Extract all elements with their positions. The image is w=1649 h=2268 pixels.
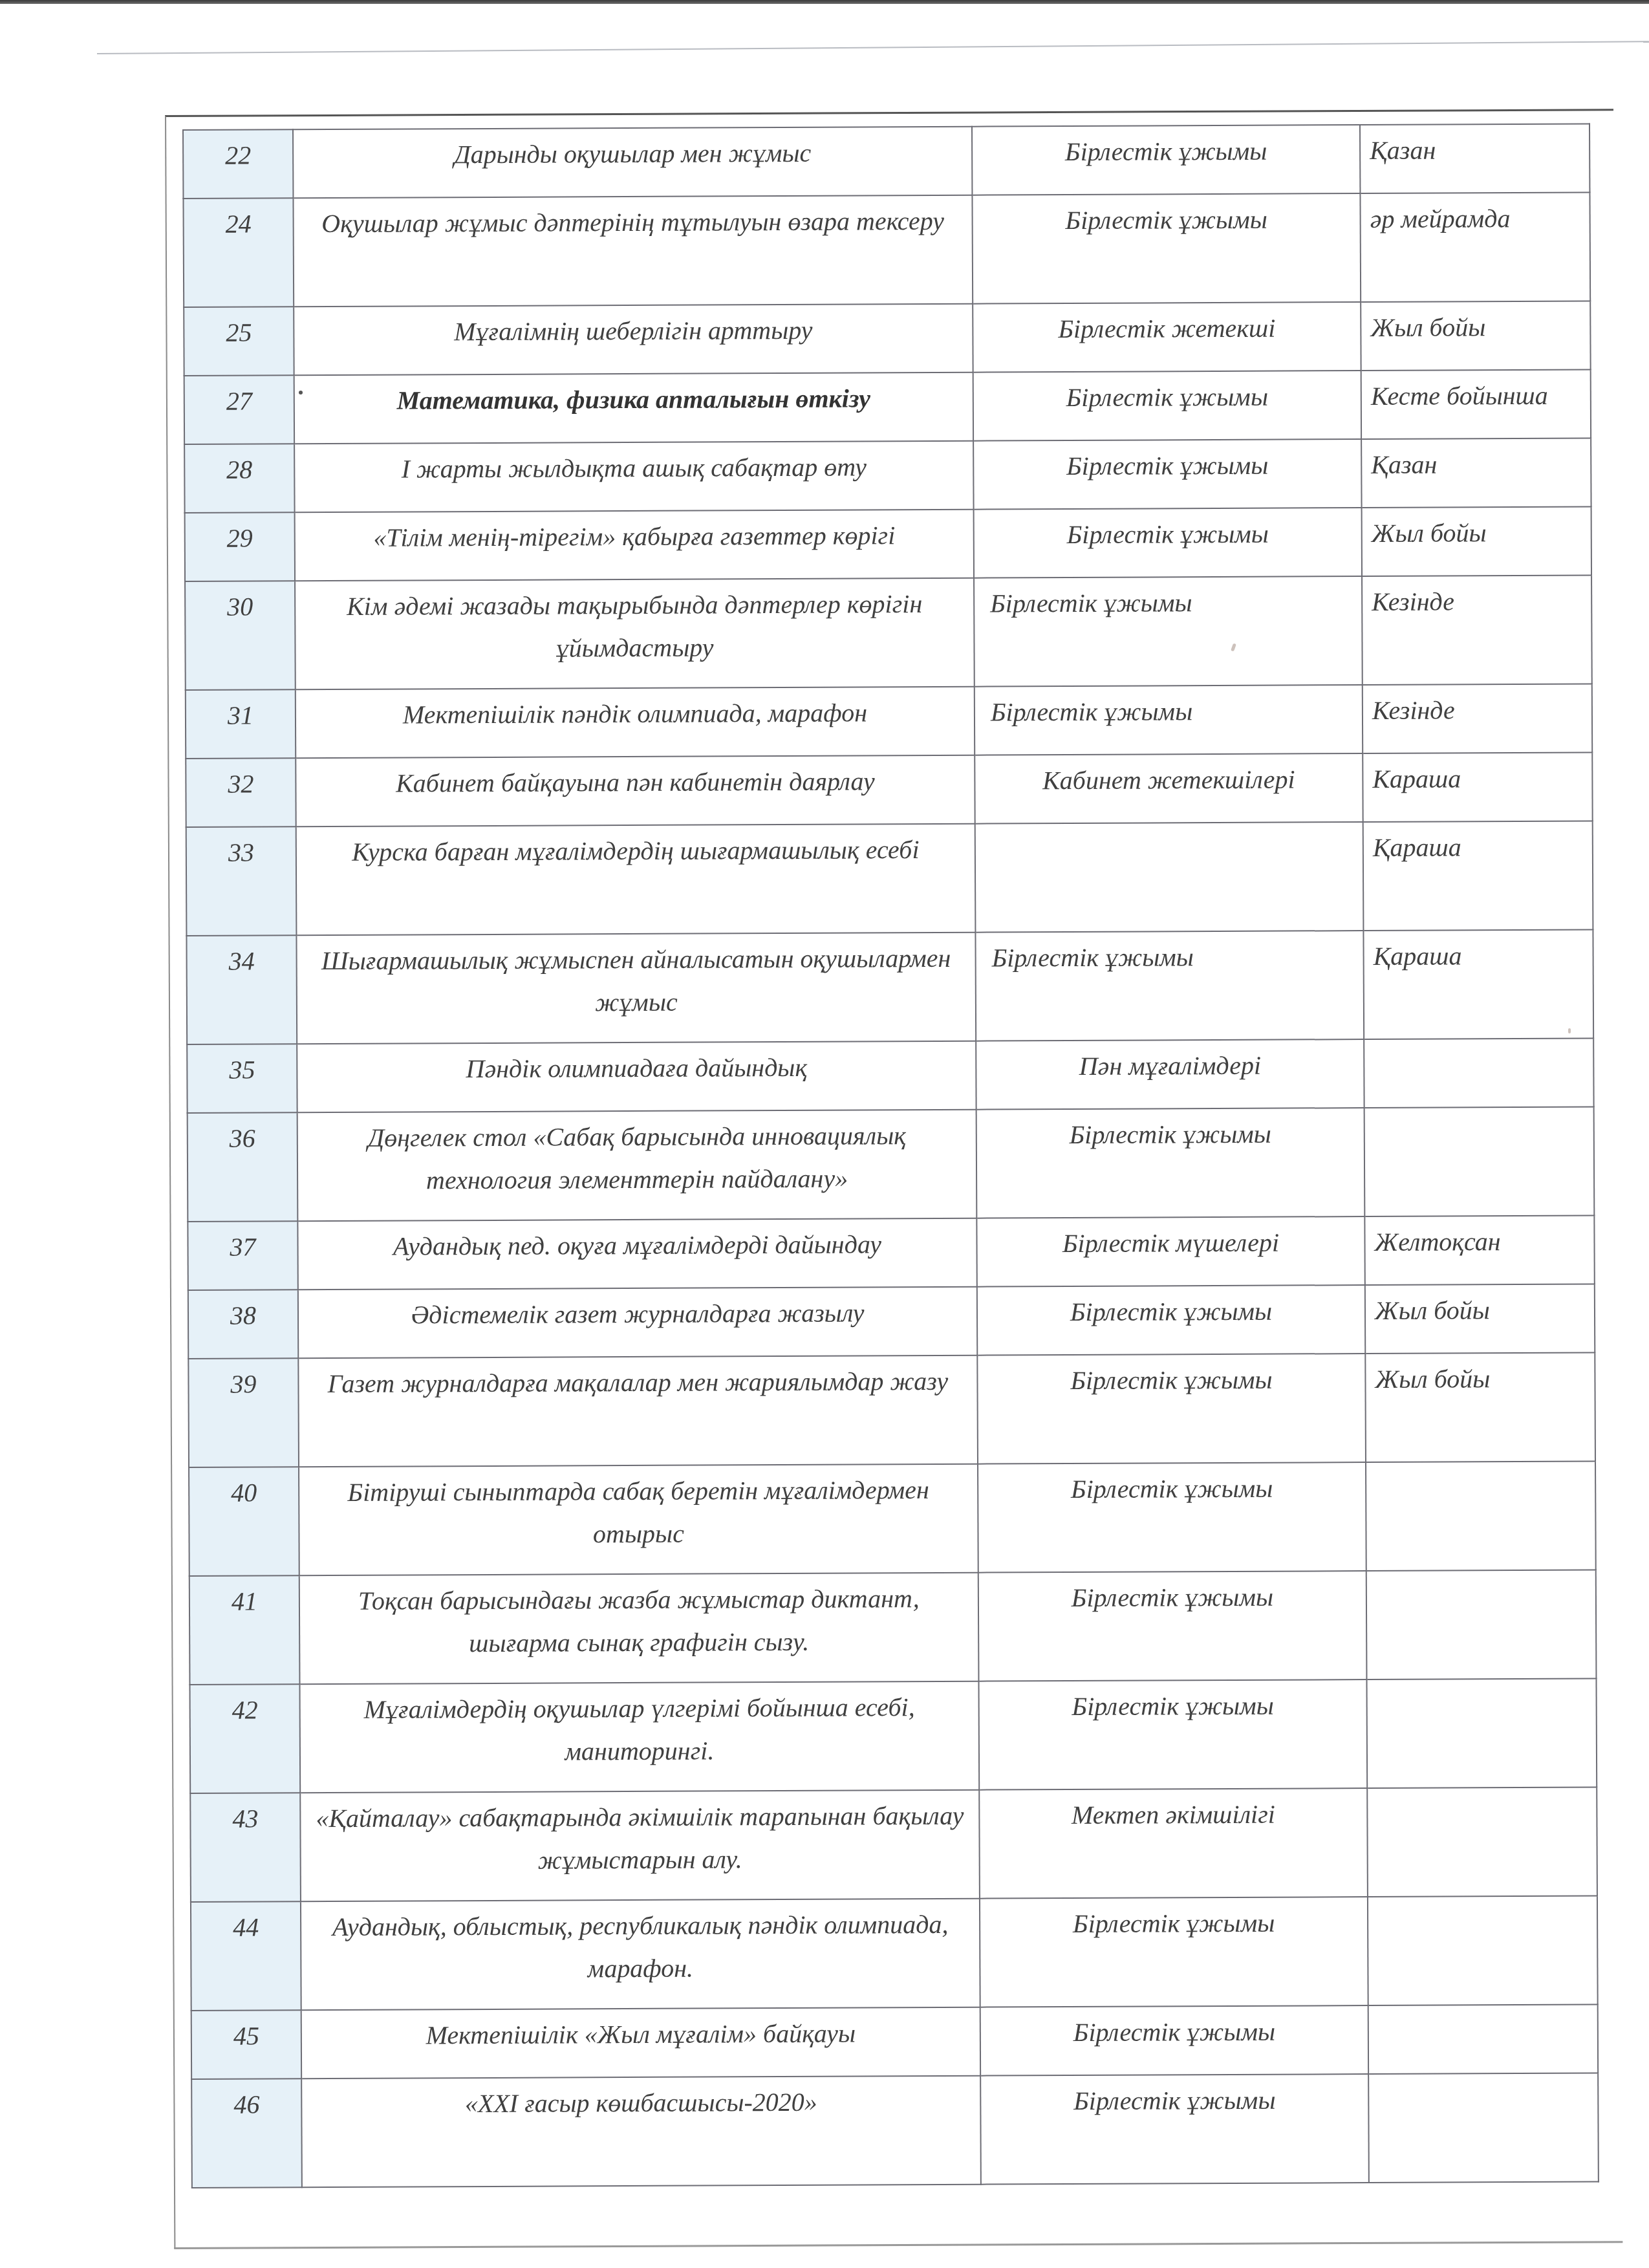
responsible-cell: Бірлестік ұжымы (978, 1571, 1367, 1681)
deadline-cell (1366, 1461, 1596, 1571)
responsible-cell: Бірлестік ұжымы (973, 439, 1361, 510)
deadline-cell: Жыл бойы (1361, 301, 1590, 371)
row-number: 34 (186, 935, 297, 1044)
table-row: 36 Дөңгелек стол «Сабақ барысында иннова… (188, 1107, 1595, 1221)
responsible-cell: Бірлестік ұжымы (980, 2005, 1368, 2076)
responsible-cell: Мектеп әкімшілігі (979, 1788, 1368, 1899)
row-number: 31 (186, 689, 296, 759)
deadline-cell (1368, 2004, 1598, 2074)
row-number: 35 (187, 1044, 297, 1113)
row-number: 43 (190, 1793, 301, 1902)
activity-cell: «XXI ғасыр көшбасшысы-2020» (301, 2076, 981, 2188)
row-number: 38 (188, 1290, 298, 1359)
responsible-cell: Бірлестік ұжымы (978, 1462, 1366, 1573)
responsible-cell: Бірлестік ұжымы (980, 2074, 1369, 2185)
bullet-mark (299, 391, 303, 394)
deadline-cell (1366, 1570, 1597, 1679)
row-number: 24 (183, 198, 294, 307)
deadline-cell: Қараша (1363, 929, 1593, 1039)
responsible-cell: Бірлестік ұжымы (972, 193, 1361, 304)
row-number: 44 (191, 1901, 301, 2011)
row-number: 36 (188, 1112, 298, 1222)
table-row: 38 Әдістемелік газет журналдарға жазылу … (188, 1284, 1595, 1358)
responsible-cell: Бірлестік ұжымы (977, 1354, 1366, 1464)
work-plan-table: 22 Дарынды оқушылар мен жұмыс Бірлестік … (182, 124, 1599, 2188)
table-row: 41 Тоқсан барысындағы жазба жұмыстар дик… (189, 1570, 1597, 1684)
table-row: 43 «Қайталау» сабақтарында әкімшілік тар… (190, 1787, 1597, 1901)
plan-sheet: 22 Дарынды оқушылар мен жұмыс Бірлестік … (182, 124, 1598, 2188)
deadline-cell: әр мейрамда (1360, 193, 1590, 303)
table-row: 27 Математика, физика апталығын өткізу Б… (184, 370, 1591, 444)
activity-cell: Мұғалімнің шеберлігін арттыру (294, 304, 973, 376)
responsible-cell: Бірлестік ұжымы (973, 371, 1361, 441)
row-number: 25 (184, 307, 294, 376)
activity-cell: Аудандық, облыстық, республикалық пәндік… (301, 1899, 980, 2011)
deadline-cell: Жыл бойы (1365, 1352, 1595, 1462)
activity-cell: Бітіруші сыныптарда сабақ беретін мұғалі… (299, 1464, 978, 1576)
activity-cell: Газет журналдарға мақалалар мен жариялым… (298, 1355, 978, 1467)
activity-cell: Дарынды оқушылар мен жұмыс (293, 127, 972, 199)
row-number: 29 (185, 512, 295, 581)
table-row: 35 Пәндік олимпиадаға дайындық Пән мұғал… (187, 1038, 1593, 1112)
activity-cell: Тоқсан барысындағы жазба жұмыстар диктан… (299, 1573, 979, 1685)
work-plan-rows: 22 Дарынды оқушылар мен жұмыс Бірлестік … (183, 124, 1599, 2188)
activity-cell: Кім әдемі жазады тақырыбында дәптерлер к… (295, 578, 975, 690)
activity-cell: Математика, физика апталығын өткізу (294, 373, 973, 444)
activity-cell: І жарты жылдықта ашық сабақтар өту (294, 441, 973, 513)
table-row: 31 Мектепішілік пәндік олимпиада, марафо… (186, 684, 1592, 758)
deadline-cell: Караша (1363, 752, 1592, 822)
table-row: 32 Кабинет байқауына пән кабинетін даярл… (186, 752, 1592, 826)
activity-cell: «Қайталау» сабақтарында әкімшілік тарапы… (300, 1790, 980, 1902)
deadline-cell: Қазан (1360, 124, 1590, 194)
deadline-cell (1364, 1038, 1593, 1108)
deadline-cell: Жыл бойы (1362, 506, 1591, 576)
deadline-cell: Қазан (1361, 438, 1591, 508)
deadline-cell (1368, 1895, 1598, 2005)
row-number: 46 (191, 2079, 302, 2188)
activity-cell: Мектепішілік пәндік олимпиада, марафон (296, 687, 975, 759)
deadline-cell: Жыл бойы (1365, 1284, 1595, 1354)
table-row: 46 «XXI ғасыр көшбасшысы-2020» Бірлестік… (191, 2073, 1599, 2187)
table-row: 22 Дарынды оқушылар мен жұмыс Бірлестік … (183, 124, 1590, 199)
deadline-cell (1366, 1678, 1597, 1788)
scan-edge (0, 0, 1649, 4)
row-number: 37 (188, 1221, 297, 1290)
row-number: 39 (188, 1358, 299, 1467)
responsible-cell: Кабинет жетекшілері (975, 753, 1363, 824)
table-row: 37 Аудандық пед. оқуға мұғалімдерді дайы… (188, 1215, 1594, 1290)
activity-cell: Кабинет байқауына пән кабинетін даярлау (296, 755, 975, 827)
responsible-cell: Бірлестік ұжымы (977, 1285, 1365, 1355)
table-row: 25 Мұғалімнің шеберлігін арттыру Бірлест… (184, 301, 1590, 376)
header-rule (97, 41, 1649, 54)
responsible-cell: Бірлестік ұжымы (980, 1897, 1368, 2007)
responsible-cell: Бірлестік ұжымы (974, 576, 1363, 687)
row-number: 30 (185, 581, 296, 690)
table-row: 33 Курска барған мұғалімдердің шығармашы… (186, 821, 1593, 935)
activity-cell: Курска барған мұғалімдердің шығармашылық… (296, 824, 976, 936)
row-number: 32 (186, 758, 296, 827)
row-number: 33 (186, 826, 297, 936)
deadline-cell: Кезінде (1362, 575, 1592, 685)
scan-speck (1568, 1028, 1571, 1033)
activity-cell: Аудандық пед. оқуға мұғалімдерді дайында… (297, 1218, 976, 1290)
table-row: 24 Оқушылар жұмыс дәптерінің тұтылуын өз… (183, 193, 1590, 307)
activity-cell: Пәндік олимпиадаға дайындық (297, 1041, 976, 1113)
responsible-cell: Бірлестік ұжымы (978, 1679, 1367, 1790)
deadline-cell (1364, 1107, 1595, 1216)
activity-cell: Мұғалімдердің оқушылар үлгерімі бойынша … (299, 1681, 979, 1793)
row-number: 28 (184, 444, 294, 513)
table-row: 30 Кім әдемі жазады тақырыбында дәптерле… (185, 575, 1592, 689)
responsible-cell: Бірлестік мүшелері (976, 1216, 1364, 1287)
deadline-cell (1368, 2073, 1599, 2183)
deadline-cell (1367, 1787, 1597, 1897)
activity-cell: Әдістемелік газет журналдарға жазылу (298, 1287, 977, 1359)
deadline-cell: Кезінде (1363, 684, 1592, 753)
row-number: 42 (189, 1684, 300, 1793)
deadline-cell: Кесте бойынша (1361, 370, 1591, 440)
row-number: 22 (183, 129, 293, 199)
activity-cell: Дөңгелек стол «Сабақ барысында инновация… (297, 1110, 977, 1222)
deadline-cell: Желтоқсан (1364, 1215, 1594, 1285)
row-number: 45 (191, 2010, 301, 2079)
table-row: 45 Мектепішілік «Жыл мұғалім» байқауы Бі… (191, 2004, 1598, 2079)
responsible-cell: Бірлестік ұжымы (974, 508, 1362, 578)
row-number: 41 (189, 1575, 300, 1685)
responsible-cell (975, 822, 1364, 933)
responsible-cell: Бірлестік ұжымы (975, 931, 1364, 1041)
responsible-cell: Бірлестік жетекші (973, 302, 1361, 373)
table-row: 42 Мұғалімдердің оқушылар үлгерімі бойын… (189, 1678, 1597, 1793)
activity-cell: Мектепішілік «Жыл мұғалім» байқауы (301, 2007, 980, 2079)
activity-cell: «Тілім менің-тірегім» қабырға газеттер к… (295, 510, 974, 581)
row-number: 40 (189, 1467, 299, 1576)
table-row: 29 «Тілім менің-тірегім» қабырға газетте… (185, 506, 1591, 581)
row-number: 27 (184, 375, 294, 444)
table-row: 34 Шығармашылық жұмыспен айналысатын оқу… (186, 929, 1593, 1044)
responsible-cell: Бірлестік ұжымы (975, 685, 1363, 755)
table-row: 39 Газет журналдарға мақалалар мен жария… (188, 1352, 1595, 1467)
activity-cell: Оқушылар жұмыс дәптерінің тұтылуын өзара… (293, 195, 973, 307)
activity-cell: Шығармашылық жұмыспен айналысатын оқушыл… (296, 933, 976, 1044)
table-row: 40 Бітіруші сыныптарда сабақ беретін мұғ… (189, 1461, 1596, 1575)
responsible-cell: Бірлестік ұжымы (972, 125, 1360, 195)
table-row: 28 І жарты жылдықта ашық сабақтар өту Бі… (184, 438, 1591, 513)
responsible-cell: Пән мұғалімдері (976, 1039, 1364, 1110)
deadline-cell: Қараша (1363, 821, 1593, 931)
responsible-cell: Бірлестік ұжымы (976, 1108, 1365, 1218)
table-row: 44 Аудандық, облыстық, республикалық пән… (191, 1895, 1598, 2010)
